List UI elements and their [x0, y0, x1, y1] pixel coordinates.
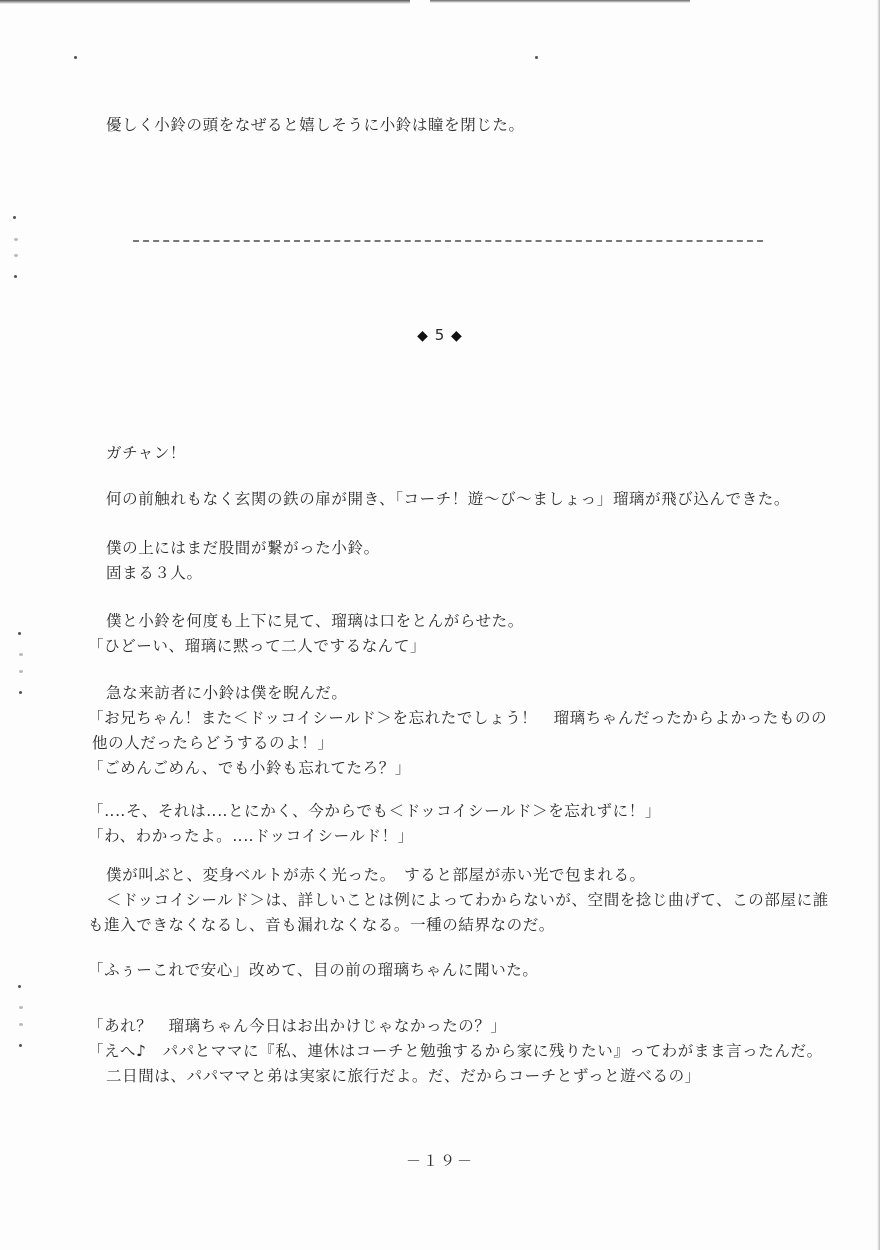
paragraph-line: ＜ドッコイシールド＞は、詳しいことは例によってわからないが、空間を捻じ曲げて、こ…	[106, 890, 829, 910]
paragraph-line: 「ひどーい、瑠璃に黙って二人でするなんて」	[88, 636, 426, 656]
scene-break-rule	[133, 240, 763, 242]
binding-hole-mark	[14, 275, 17, 278]
binding-hole-mark	[19, 653, 23, 656]
paragraph-line: 「あれ？ 瑠璃ちゃん今日はお出かけじゃなかったの？」	[88, 1016, 507, 1036]
paragraph-line: 「えへ♪ パパとママに『私、連休はコーチと勉強するから家に残りたい』ってわがまま…	[88, 1041, 823, 1061]
binding-hole-mark	[19, 691, 22, 694]
diamond-icon: ◆	[417, 328, 429, 344]
paragraph-line: 「お兄ちゃん！また＜ドッコイシールド＞を忘れたでしょう！ 瑠璃ちゃんだったからよ…	[88, 708, 827, 728]
paragraph-line: 「‥‥そ、それは‥‥とにかく、今からでも＜ドッコイシールド＞を忘れずに！」	[88, 801, 661, 821]
scan-edge-shadow	[0, 0, 410, 4]
binding-hole-mark	[13, 216, 16, 219]
paragraph-line: 優しく小鈴の頭をなぜると嬉しそうに小鈴は瞳を閉じた。	[106, 115, 525, 135]
paragraph-line: も進入できなくなるし、音も漏れなくなる。一種の結界なのだ。	[88, 915, 555, 935]
binding-hole-mark	[19, 670, 23, 673]
page-number: －１９－	[0, 1150, 880, 1171]
scan-speck	[535, 56, 538, 59]
section-number: 5	[435, 326, 446, 344]
paragraph-line: 他の人だったらどうするのよ！」	[92, 733, 334, 753]
scan-speck	[74, 56, 77, 59]
paragraph-line: 僕と小鈴を何度も上下に見て、瑠璃は口をとんがらせた。	[106, 611, 524, 631]
paragraph-line: 「わ、わかったよ。‥‥ドッコイシールド！」	[88, 826, 414, 846]
paragraph-line: ガチャン！	[106, 443, 186, 463]
scan-edge-shadow	[430, 0, 690, 3]
binding-hole-mark	[14, 238, 18, 241]
binding-hole-mark	[19, 1006, 23, 1009]
paragraph-line: 二日間は、パパママと弟は実家に旅行だよ。だ、だからコーチとずっと遊べるの」	[106, 1066, 701, 1086]
binding-hole-mark	[14, 254, 18, 257]
diamond-icon: ◆	[451, 328, 463, 344]
paragraph-line: 僕の上にはまだ股間が繋がった小鈴。	[106, 538, 380, 558]
binding-hole-mark	[19, 1044, 22, 1047]
paragraph-line: 固まる３人。	[106, 563, 203, 583]
paragraph-line: 僕が叫ぶと、変身ベルトが赤く光った。 すると部屋が赤い光で包まれる。	[106, 865, 646, 885]
binding-hole-mark	[18, 632, 21, 635]
paragraph-line: 何の前触れもなく玄関の鉄の扉が開き、「コーチ！遊～び～ましょっ」瑠璃が飛び込んで…	[106, 489, 790, 509]
paragraph-line: 「ごめんごめん、でも小鈴も忘れてたろ？」	[88, 758, 411, 778]
paragraph-line: 急な来訪者に小鈴は僕を睨んだ。	[106, 683, 348, 703]
binding-hole-mark	[18, 985, 21, 988]
paragraph-line: 「ふぅーこれで安心」改めて、目の前の瑠璃ちゃんに聞いた。	[88, 960, 539, 980]
binding-hole-mark	[19, 1023, 23, 1026]
section-heading: ◆ 5 ◆	[0, 326, 880, 344]
